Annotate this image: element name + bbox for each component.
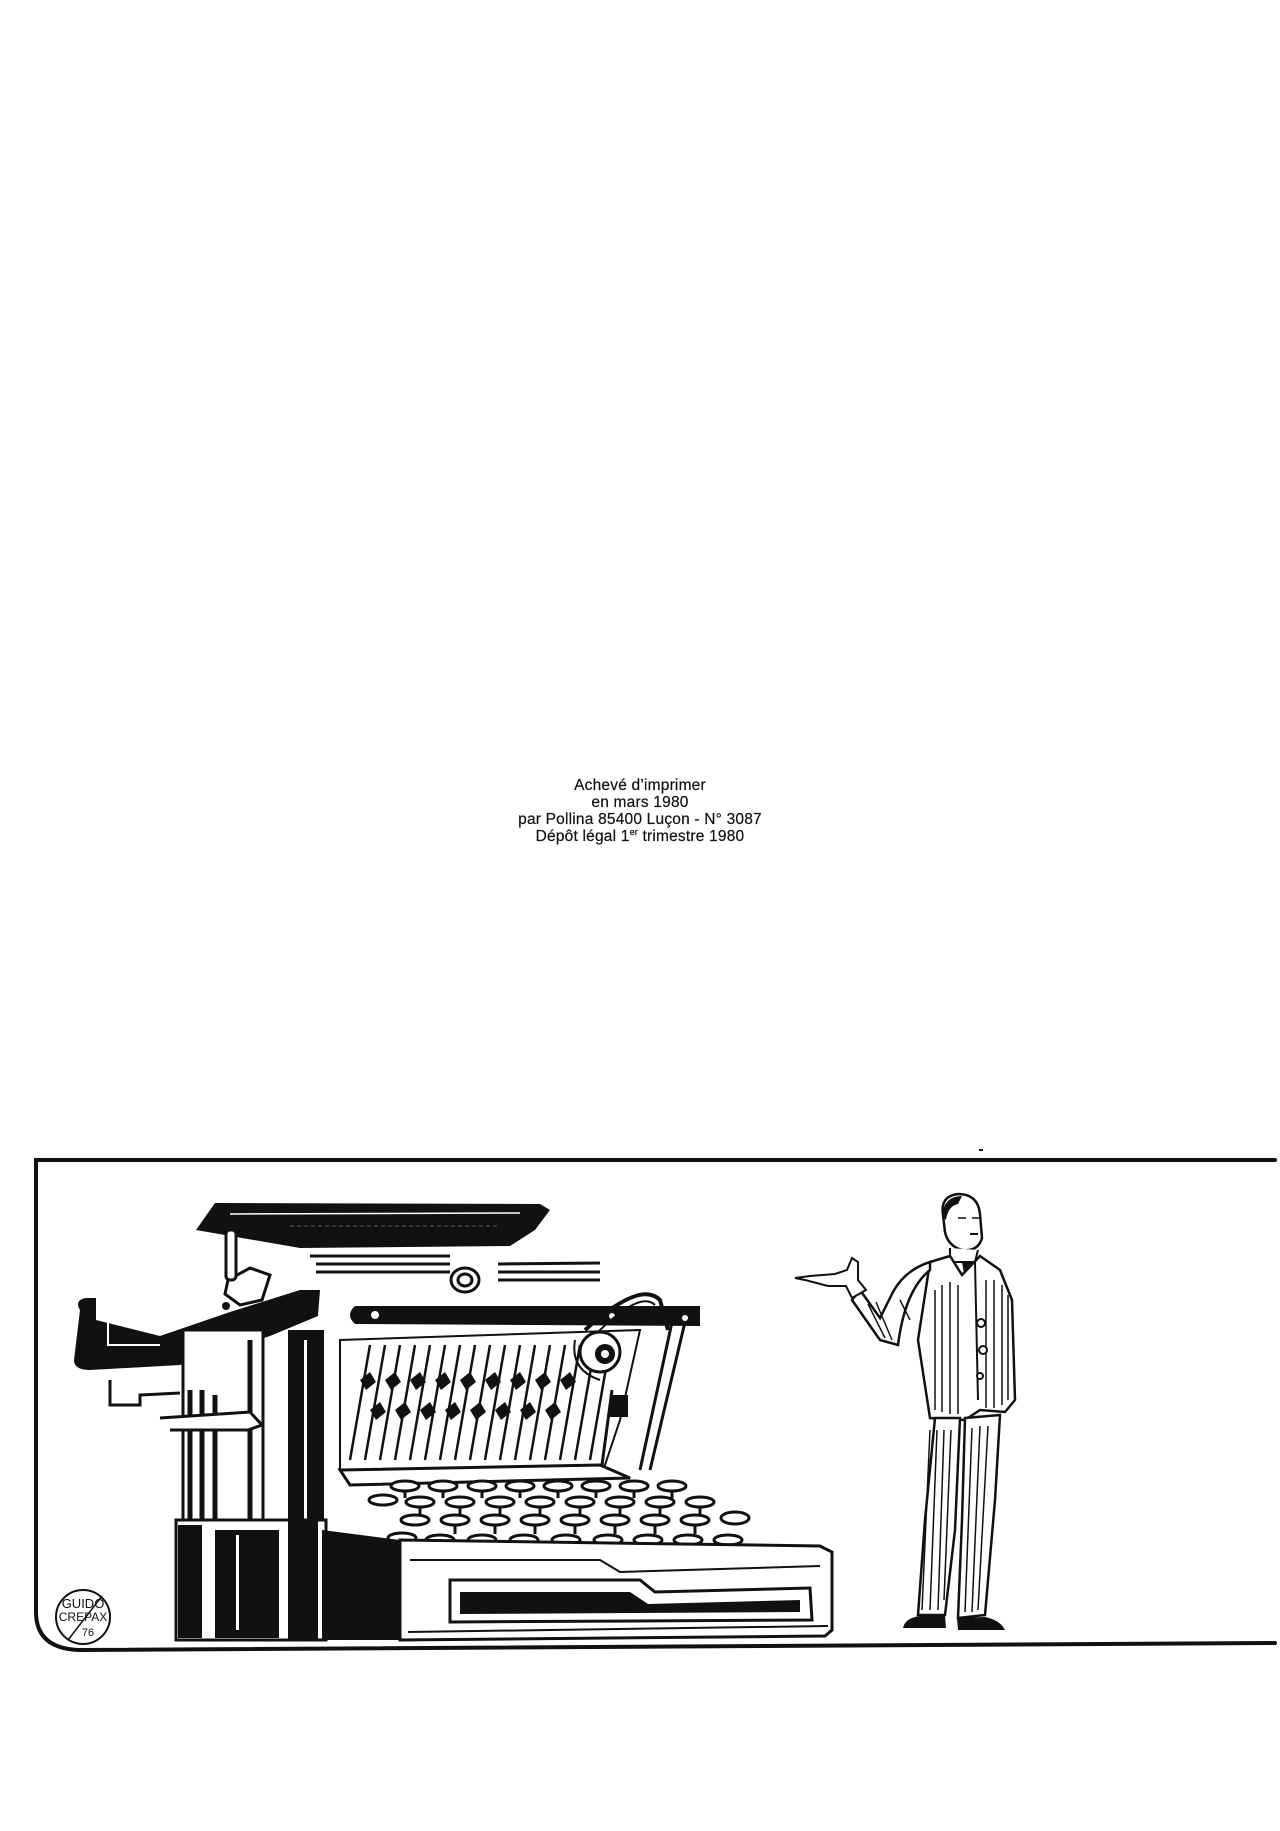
colophon-line-printer: par Pollina 85400 Luçon - N° 3087 bbox=[0, 811, 1280, 828]
artist-signature: GUIDO CREPAX 76 bbox=[56, 1590, 110, 1644]
colophon-line-legal-deposit: Dépôt légal 1er trimestre 1980 bbox=[0, 828, 1280, 845]
svg-text:76: 76 bbox=[82, 1627, 94, 1639]
colophon-line-date: en mars 1980 bbox=[0, 794, 1280, 811]
colophon-line-printed: Achevé d’imprimer bbox=[0, 777, 1280, 794]
svg-text:CREPAX: CREPAX bbox=[59, 1610, 107, 1624]
svg-text:GUIDO: GUIDO bbox=[62, 1596, 105, 1611]
typewriter-drawing bbox=[74, 1203, 832, 1640]
illustration-panel: GUIDO CREPAX 76 bbox=[0, 1130, 1280, 1670]
colophon-text: Achevé d’imprimer en mars 1980 par Polli… bbox=[0, 777, 1280, 845]
illustration-drawing: GUIDO CREPAX 76 bbox=[0, 1130, 1280, 1670]
